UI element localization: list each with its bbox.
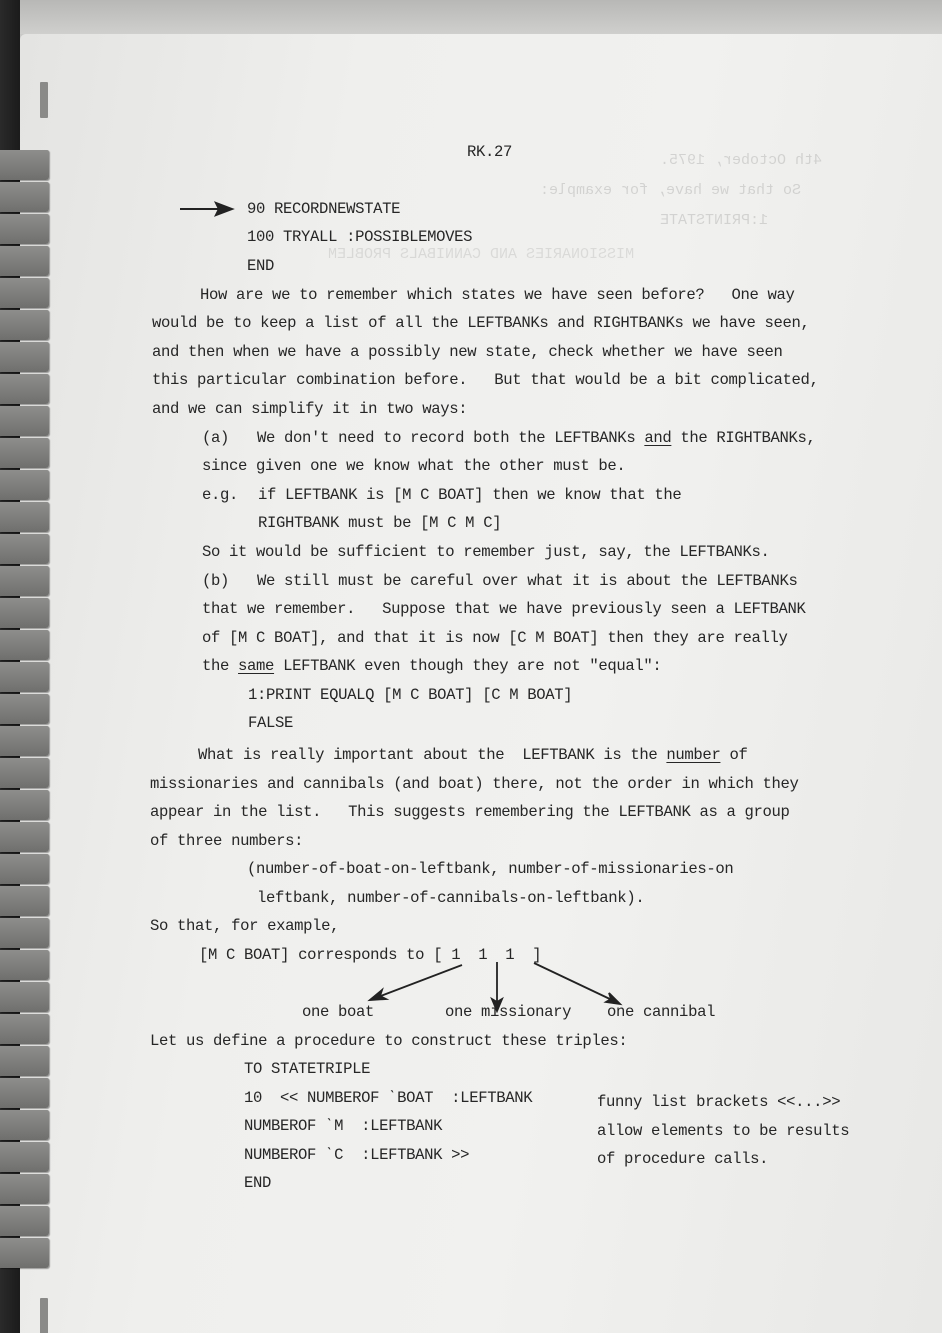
margin-note: allow elements to be results: [597, 1122, 849, 1140]
arrow-icon: [180, 203, 232, 215]
paragraph-line: would be to keep a list of all the LEFTB…: [152, 314, 810, 332]
paragraph-line: RIGHTBANK must be [M C M C]: [258, 514, 501, 532]
paragraph-line: appear in the list. This suggests rememb…: [150, 803, 790, 821]
paragraph-line: So it would be sufficient to remember ju…: [202, 543, 770, 561]
code-line: 1:PRINT EQUALQ [M C BOAT] [C M BOAT]: [248, 686, 572, 704]
code-line: END: [247, 257, 274, 275]
code-line: FALSE: [248, 714, 293, 732]
code-line: 100 TRYALL :POSSIBLEMOVES: [247, 228, 472, 246]
emphasis-underline: same: [238, 657, 274, 675]
paragraph-line: the same LEFTBANK even though they are n…: [202, 657, 661, 675]
margin-note: of procedure calls.: [597, 1150, 768, 1168]
diagram-label-cannibal: one cannibal: [607, 1003, 715, 1021]
code-line: 90 RECORDNEWSTATE: [247, 200, 400, 218]
emphasis-underline: and: [644, 429, 671, 447]
point-a-label: (a): [202, 429, 229, 447]
mapping-line: [M C BOAT] corresponds to [ 1 1 1 ]: [199, 946, 541, 964]
margin-note: funny list brackets <<...>>: [597, 1093, 840, 1111]
paragraph-line: We still must be careful over what it is…: [257, 572, 797, 590]
paragraph-line: We don't need to record both the LEFTBAN…: [257, 429, 816, 447]
paragraph-line: that we remember. Suppose that we have p…: [202, 600, 806, 618]
paragraph-line: missionaries and cannibals (and boat) th…: [150, 775, 799, 793]
paragraph-line: of [M C BOAT], and that it is now [C M B…: [202, 629, 788, 647]
diagram-label-boat: one boat: [302, 1003, 374, 1021]
paragraph-line: and we can simplify it in two ways:: [152, 400, 467, 418]
paragraph-line: So that, for example,: [150, 917, 339, 935]
tuple-line: (number-of-boat-on-leftbank, number-of-m…: [247, 860, 733, 878]
paragraph-line: if LEFTBANK is [M C BOAT] then we know t…: [258, 486, 681, 504]
paragraph-line: this particular combination before. But …: [152, 371, 819, 389]
point-b-label: (b): [202, 572, 229, 590]
emphasis-underline: number: [666, 746, 720, 764]
code-line: NUMBEROF ˋM :LEFTBANK: [244, 1117, 442, 1135]
code-line: TO STATETRIPLE: [244, 1060, 370, 1078]
paragraph-line: and then when we have a possibly new sta…: [152, 343, 783, 361]
diagram-label-missionary: one missionary: [445, 1003, 571, 1021]
paragraph-line: Let us define a procedure to construct t…: [150, 1032, 627, 1050]
paragraph-line: What is really important about the LEFTB…: [198, 746, 747, 764]
code-line: END: [244, 1174, 271, 1192]
code-line: 10 << NUMBEROF ˋBOAT :LEFTBANK: [244, 1089, 532, 1107]
code-line: NUMBEROF ˋC :LEFTBANK >>: [244, 1146, 469, 1164]
eg-label: e.g.: [202, 486, 238, 504]
tuple-line: leftbank, number-of-cannibals-on-leftban…: [257, 889, 644, 907]
paragraph-line: since given one we know what the other m…: [202, 457, 625, 475]
paragraph-line: of three numbers:: [150, 832, 303, 850]
paragraph-line: How are we to remember which states we h…: [200, 286, 795, 304]
